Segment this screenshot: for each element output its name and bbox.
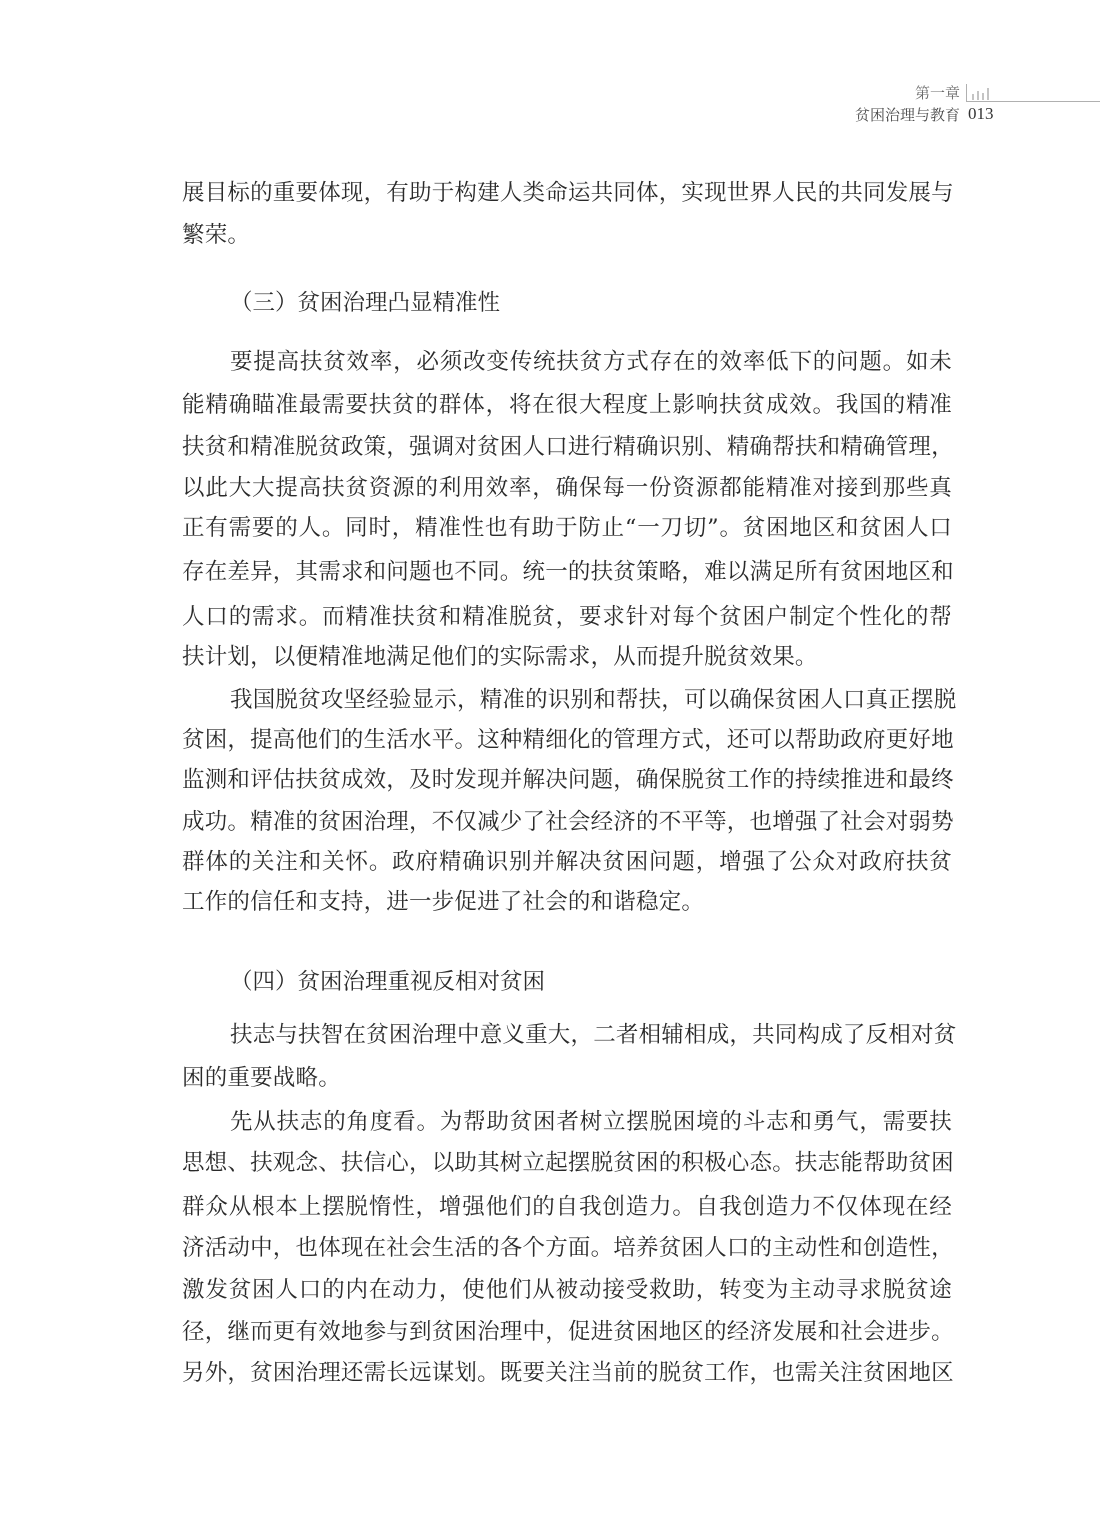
body-line: 繁荣。 (182, 220, 952, 250)
body-line: 扶贫和精准脱贫政策，强调对贫困人口进行精确识别、精确帮扶和精确管理， (182, 432, 952, 462)
header-vertical-rule (966, 84, 967, 101)
body-line: 监测和评估扶贫成效，及时发现并解决问题，确保脱贫工作的持续推进和最终 (182, 765, 952, 795)
decor-bar (972, 94, 974, 100)
body-line: 另外，贫困治理还需长远谋划。既要关注当前的脱贫工作，也需关注贫困地区 (182, 1358, 952, 1388)
body-line: 要提高扶贫效率，必须改变传统扶贫方式存在的效率低下的问题。如未 (182, 347, 952, 377)
body-line: 济活动中，也体现在社会生活的各个方面。培养贫困人口的主动性和创造性， (182, 1233, 952, 1263)
body-line: 我国脱贫攻坚经验显示，精准的识别和帮扶，可以确保贫困人口真正摆脱 (182, 685, 952, 715)
decor-bar (987, 88, 989, 100)
body-line: 思想、扶观念、扶信心，以助其树立起摆脱贫困的积极心态。扶志能帮助贫困 (182, 1148, 952, 1178)
body-line: 扶志与扶智在贫困治理中意义重大，二者相辅相成，共同构成了反相对贫 (182, 1020, 952, 1050)
header-horizontal-rule (966, 101, 1100, 102)
book-page: 第一章 贫困治理与教育 013 展目标的重要体现，有助于构建人类命运共同体，实现… (0, 0, 1100, 1538)
body-line: 工作的信任和支持，进一步促进了社会的和谐稳定。 (182, 887, 952, 917)
running-header-title: 贫困治理与教育 (700, 105, 960, 125)
body-line: 展目标的重要体现，有助于构建人类命运共同体，实现世界人民的共同发展与 (182, 178, 952, 208)
body-line: 人口的需求。而精准扶贫和精准脱贫，要求针对每个贫困户制定个性化的帮 (182, 602, 952, 632)
body-line: 存在差异，其需求和问题也不同。统一的扶贫策略，难以满足所有贫困地区和 (182, 557, 952, 587)
body-line: 扶计划，以便精准地满足他们的实际需求，从而提升脱贫效果。 (182, 642, 952, 672)
body-line: 群众从根本上摆脱惰性，增强他们的自我创造力。自我创造力不仅体现在经 (182, 1192, 952, 1222)
decor-bar (977, 91, 979, 100)
body-line: 激发贫困人口的内在动力，使他们从被动接受救助，转变为主动寻求脱贫途 (182, 1275, 952, 1305)
section-heading-3: （三）贫困治理凸显精准性 (230, 288, 500, 318)
decor-bar (982, 93, 984, 100)
body-line: 径，继而更有效地参与到贫困治理中，促进贫困地区的经济发展和社会进步。 (182, 1317, 952, 1347)
body-line: 能精确瞄准最需要扶贫的群体，将在很大程度上影响扶贫成效。我国的精准 (182, 390, 952, 420)
section-heading-4: （四）贫困治理重视反相对贫困 (230, 967, 545, 997)
body-line: 以此大大提高扶贫资源的利用效率，确保每一份资源都能精准对接到那些真 (182, 473, 952, 503)
running-header-chapter: 第一章 (760, 84, 960, 102)
page-number: 013 (968, 104, 994, 124)
body-line: 成功。精准的贫困治理，不仅减少了社会经济的不平等，也增强了社会对弱势 (182, 807, 952, 837)
body-line: 群体的关注和关怀。政府精确识别并解决贫困问题，增强了公众对政府扶贫 (182, 847, 952, 877)
body-line: 先从扶志的角度看。为帮助贫困者树立摆脱困境的斗志和勇气，需要扶 (182, 1107, 952, 1137)
body-line: 贫困，提高他们的生活水平。这种精细化的管理方式，还可以帮助政府更好地 (182, 725, 952, 755)
bar-chart-icon (966, 84, 1100, 102)
body-line: 困的重要战略。 (182, 1063, 952, 1093)
body-line: 正有需要的人。同时，精准性也有助于防止“一刀切”。贫困地区和贫困人口 (182, 513, 952, 543)
